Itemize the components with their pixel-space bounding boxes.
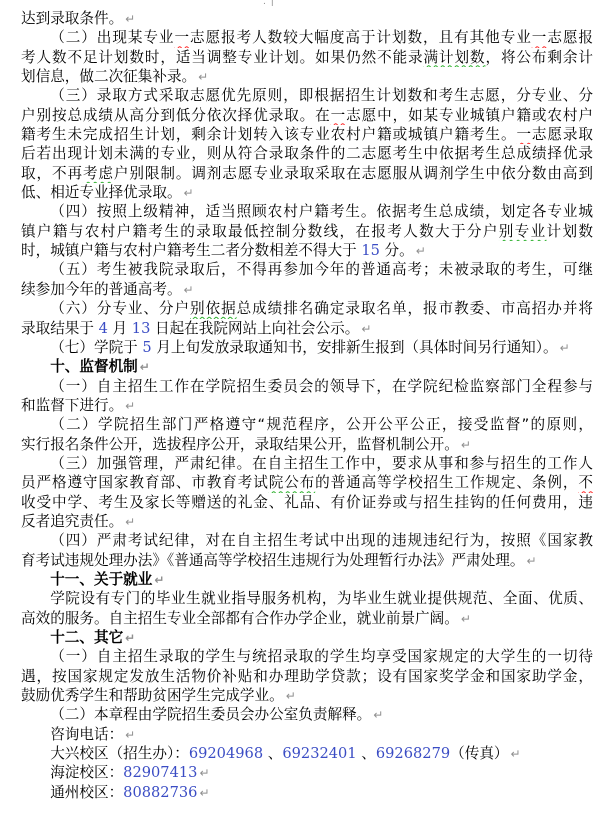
text-line: 十二、其它↵ — [21, 628, 593, 647]
paragraph-mark-icon: ↵ — [152, 573, 164, 587]
text-run: 育考试违规处理办法》《普通高等学校招生违规行为处理暂行办法》严肃处理。 — [21, 552, 525, 569]
spellcheck-red-underline: 一 — [331, 107, 346, 124]
paragraph-mark-icon: ↵ — [197, 786, 209, 800]
document-page: . | 达到录取条件。↵（二）出现某专业一志愿报考人数较大幅度高于计划数，且有其… — [0, 0, 612, 818]
spellcheck-red-underline: 不 — [578, 474, 593, 491]
text-line: 鼓励优秀学生和帮助贫困学生完成学业。↵ — [21, 686, 593, 705]
text-line: （一）自主招生工作在学院招生委员会的领导下，在学院纪检监察部门全程参与 — [21, 377, 593, 396]
paragraph-mark-icon: ↵ — [558, 341, 570, 355]
paragraph-mark-icon: ↵ — [138, 360, 150, 374]
text-line: 咨询电话：↵ — [21, 725, 593, 744]
text-line: （二）出现某专业一志愿报考人数较大幅度高于计划数，且有其他专业一志愿报 — [21, 28, 593, 47]
number-run: 15 — [361, 242, 380, 259]
text-run: （六）分专业、分户 — [50, 300, 190, 317]
text-run: 收受中学、考生及家长等赠送的礼金、礼品、有价证券或与招生挂钩的任何费用，违 — [21, 494, 593, 511]
text-run: 实行报名条件公开，选拔程序公开，录取结果公开，监督机制公开。 — [21, 436, 459, 453]
number-run: 4 — [99, 320, 108, 337]
text-line: 划信息，做二次征集补录。↵ — [21, 67, 593, 86]
text-run: 和监督下进行。 — [21, 397, 123, 414]
paragraph-mark-icon: ↵ — [284, 689, 296, 703]
text-run: （一）自主招生录取的学生与统招录取的学生均享受国家规定的大学生的一切待 — [50, 648, 593, 665]
text-run: （四）严肃考试纪律，对在自主招生考试中出现的违规违纪行为，按照《国家教 — [50, 532, 593, 549]
number-run: 13 — [132, 320, 151, 337]
grammar-green-underline: 考虑 — [83, 165, 114, 182]
text-line: 籍考生未完成招生计划，剩余计划转入该专业农村户籍或城镇户籍考生。一志愿录取 — [21, 125, 593, 144]
document-body: 达到录取条件。↵（二）出现某专业一志愿报考人数较大幅度高于计划数，且有其他专业一… — [21, 9, 593, 802]
text-run: 、 — [357, 745, 376, 762]
text-run: 的普通高等学校招生工作规定、条例， — [315, 474, 578, 491]
text-run: 籍考生未完成招生计划，剩余计划转入该专业农村户籍或城镇户籍考生。 — [21, 126, 516, 143]
clipped-paragraph-mark: . | — [263, 0, 275, 7]
number-run: 80882736 — [123, 784, 197, 801]
text-run: 大兴校区（招生办）： — [50, 745, 189, 762]
paragraph-mark-icon: ↵ — [123, 12, 135, 26]
paragraph-mark-icon: ↵ — [123, 728, 135, 742]
number-run: 69232401 — [282, 745, 356, 762]
text-line: 实行报名条件公开，选拔程序公开，录取结果公开，监督机制公开。↵ — [21, 435, 593, 454]
text-run: 续参加今年的普通高考。 — [21, 281, 182, 298]
text-run: 后若出现计划未满的专业，则从符合录取条件的二志愿考生中依据考生总成绩择优录 — [21, 145, 593, 162]
text-run: 志愿中，如某专业城镇户籍或农村户 — [346, 107, 593, 124]
text-run: 志愿报考人数较大幅度高于计划数，且有其他专业 — [190, 29, 532, 46]
paragraph-mark-icon: ↵ — [182, 283, 194, 297]
number-run: 5 — [142, 339, 151, 356]
text-run: （三）加强管理，严肃纪律。在自主招生工作中，要求从事和参与招生的工作人 — [50, 455, 593, 472]
grammar-green-underline: 别专业 — [499, 223, 547, 240]
paragraph-mark-icon: ↵ — [359, 322, 371, 336]
spellcheck-red-underline: 一 — [532, 29, 548, 46]
paragraph-mark-icon: ↵ — [525, 554, 537, 568]
text-run: 鼓励优秀学生和帮助贫困学生完成学业。 — [21, 687, 284, 704]
text-run: （七）学院于 — [50, 339, 142, 356]
text-line: （一）自主招生录取的学生与统招录取的学生均享受国家规定的大学生的一切待 — [21, 647, 593, 666]
text-line: 反者追究责任。↵ — [21, 512, 593, 531]
paragraph-mark-icon: ↵ — [123, 399, 135, 413]
text-line: 员严格遵守国家教育部、市教育考试院公布的普通高等学校招生工作规定、条例，不 — [21, 473, 593, 492]
text-run: 遇，按国家规定发放生活物价补贴和办理助学贷款；设有国家奖学金和国家助学金， — [21, 668, 593, 685]
text-run: 海淀校区： — [50, 764, 123, 781]
paragraph-mark-icon: ↵ — [459, 438, 471, 452]
text-line: 海淀校区：82907413↵ — [21, 763, 593, 782]
spellcheck-red-underline: 一 — [174, 29, 190, 46]
text-run: 志愿录取 — [532, 126, 593, 143]
text-line: （四）按照上级精神，适当照顾农村户籍考生。依据考生总成绩，划定各专业城 — [21, 202, 593, 221]
paragraph-mark-icon: ↵ — [197, 766, 209, 780]
text-run: 户别限制。调剂志愿专业录取采取在志愿服从调剂学生中依分数由高到 — [114, 165, 593, 182]
text-run: 户别按总成绩从高分到低分依次择优录取。在 — [21, 107, 331, 124]
text-line: 收受中学、考生及家长等赠送的礼金、礼品、有价证券或与招生挂钩的任何费用，违 — [21, 493, 593, 512]
text-run: （一）自主招生工作在学院招生委员会的领导下，在学院纪检监察部门全程参与 — [50, 378, 593, 395]
text-line: （三）录取方式采取志愿优先原则，即根据招生计划数和考生志愿，分专业、分 — [21, 86, 593, 105]
text-run: 分。 — [380, 242, 414, 259]
text-run: 十、监督机制 — [50, 358, 138, 375]
paragraph-mark-icon: ↵ — [371, 708, 383, 722]
text-line: 户别按总成绩从高分到低分依次择优录取。在一志愿中，如某专业城镇户籍或农村户 — [21, 106, 593, 125]
text-line: 学院设有专门的毕业生就业指导服务机构，为毕业生就业提供规范、全面、优质、 — [21, 589, 593, 608]
paragraph-mark-icon: ↵ — [509, 747, 521, 761]
text-run: 学院设有专门的毕业生就业指导服务机构，为毕业生就业提供规范、全面、优质、 — [50, 590, 593, 607]
text-line: 十、监督机制↵ — [21, 357, 593, 376]
number-run: 82907413 — [123, 764, 197, 781]
text-run: 十一、关于就业 — [50, 571, 152, 588]
text-run: ，将公布剩余计 — [485, 49, 593, 66]
text-line: 录取结果于 4 月 13 日起在我院网站上向社会公示。↵ — [21, 319, 593, 338]
text-line: （五）考生被我院录取后，不得再参加今年的普通高考；未被录取的考生，可继 — [21, 260, 593, 279]
text-run: 总成绩排名确定录取名单，报市教委、市高招办并将 — [237, 300, 593, 317]
text-run: 月上旬发放录取通知书，安排新生报到（具体时间另行通知）。 — [152, 339, 558, 356]
text-line: （四）严肃考试纪律，对在自主招生考试中出现的违规违纪行为，按照《国家教 — [21, 531, 593, 550]
paragraph-mark-icon: ↵ — [182, 186, 194, 200]
text-run: （二）学院招生部门严格遵守“规范程序，公开公平公正，接受监督”的原则， — [50, 416, 593, 433]
text-run: （二）本章程由学院招生委员会办公室负责解释。 — [50, 706, 371, 723]
text-line: 低、相近专业择优录取。↵ — [21, 183, 593, 202]
text-line: 和监督下进行。↵ — [21, 396, 593, 415]
text-run: 日起在我院网站上向社会公示。 — [150, 320, 359, 337]
text-run: 划信息，做二次征集补录。 — [21, 68, 196, 85]
text-line: （六）分专业、分户别依据总成绩排名确定录取名单，报市教委、市高招办并将 — [21, 299, 593, 318]
text-run: 低、相近专业择优录取。 — [21, 184, 182, 201]
paragraph-mark-icon: ↵ — [196, 70, 208, 84]
text-line: 高效的服务。自主招生专业全部都有合作办学企业，就业前景广阔。↵ — [21, 609, 593, 628]
text-run: （四）按照上级精神，适当照顾农村户籍考生。依据考生总成绩，划定各专业城 — [50, 203, 593, 220]
text-run: 取，不再 — [21, 165, 83, 182]
text-run: 咨询电话： — [50, 726, 123, 743]
text-line: （七）学院于 5 月上旬发放录取通知书，安排新生报到（具体时间另行通知）。↵ — [21, 338, 593, 357]
text-run: 员严格遵守国家教育部、市教育考试 — [21, 474, 269, 491]
paragraph-mark-icon: ↵ — [414, 244, 426, 258]
text-line: 十一、关于就业↵ — [21, 570, 593, 589]
text-line: 通州校区：80882736↵ — [21, 783, 593, 802]
paragraph-mark-icon: ↵ — [123, 515, 135, 529]
paragraph-mark-icon: ↵ — [123, 631, 135, 645]
text-run: 时，城镇户籍与农村户籍考生二者分数相差不得大于 — [21, 242, 361, 259]
text-line: 大兴校区（招生办）：69204968 、69232401 、69268279（传… — [21, 744, 593, 763]
spellcheck-red-underline: 一 — [516, 126, 531, 143]
text-run: 达到录取条件。 — [21, 10, 123, 27]
text-run: 考人数不足计划数时，适当调整专业计划。如果仍然不能录 — [21, 49, 424, 66]
text-line: 续参加今年的普通高考。↵ — [21, 280, 593, 299]
text-line: 遇，按国家规定发放生活物价补贴和办理助学贷款；设有国家奖学金和国家助学金， — [21, 667, 593, 686]
grammar-green-underline: 别依据 — [190, 300, 237, 317]
text-run: 镇户籍与农村户籍考生的录取最低控制分数线，在报考人数大于分户 — [21, 223, 499, 240]
text-line: 达到录取条件。↵ — [21, 9, 593, 28]
number-run: 69268279 — [376, 745, 450, 762]
text-run: 月 — [108, 320, 132, 337]
grammar-green-underline: 院公布 — [269, 474, 315, 491]
text-run: 、 — [263, 745, 282, 762]
grammar-green-underline: 满计划数 — [424, 49, 486, 66]
text-run: 志愿报 — [547, 29, 593, 46]
text-line: 镇户籍与农村户籍考生的录取最低控制分数线，在报考人数大于分户别专业计划数 — [21, 222, 593, 241]
text-run: （五）考生被我院录取后，不得再参加今年的普通高考；未被录取的考生，可继 — [50, 261, 593, 278]
text-run: （传真） — [450, 745, 508, 762]
text-run: 录取结果于 — [21, 320, 99, 337]
text-line: 考人数不足计划数时，适当调整专业计划。如果仍然不能录满计划数，将公布剩余计 — [21, 48, 593, 67]
text-run: 高效的服务。自主招生专业全部都有合作办学企业，就业前景广阔。 — [21, 610, 459, 627]
text-line: （三）加强管理，严肃纪律。在自主招生工作中，要求从事和参与招生的工作人 — [21, 454, 593, 473]
number-run: 69204968 — [189, 745, 263, 762]
text-line: （二）本章程由学院招生委员会办公室负责解释。↵ — [21, 705, 593, 724]
text-line: 取，不再考虑户别限制。调剂志愿专业录取采取在志愿服从调剂学生中依分数由高到 — [21, 164, 593, 183]
text-run: 通州校区： — [50, 784, 123, 801]
paragraph-mark-icon: ↵ — [459, 612, 471, 626]
text-run: 十二、其它 — [50, 629, 123, 646]
text-line: （二）学院招生部门严格遵守“规范程序，公开公平公正，接受监督”的原则， — [21, 415, 593, 434]
text-line: 时，城镇户籍与农村户籍考生二者分数相差不得大于 15 分。↵ — [21, 241, 593, 260]
text-run: 反者追究责任。 — [21, 513, 123, 530]
text-line: 后若出现计划未满的专业，则从符合录取条件的二志愿考生中依据考生总成绩择优录 — [21, 144, 593, 163]
text-line: 育考试违规处理办法》《普通高等学校招生违规行为处理暂行办法》严肃处理。↵ — [21, 551, 593, 570]
text-run: 计划数 — [547, 223, 593, 240]
text-run: （二）出现某专业 — [50, 29, 174, 46]
text-run: （三）录取方式采取志愿优先原则，即根据招生计划数和考生志愿，分专业、分 — [50, 87, 593, 104]
